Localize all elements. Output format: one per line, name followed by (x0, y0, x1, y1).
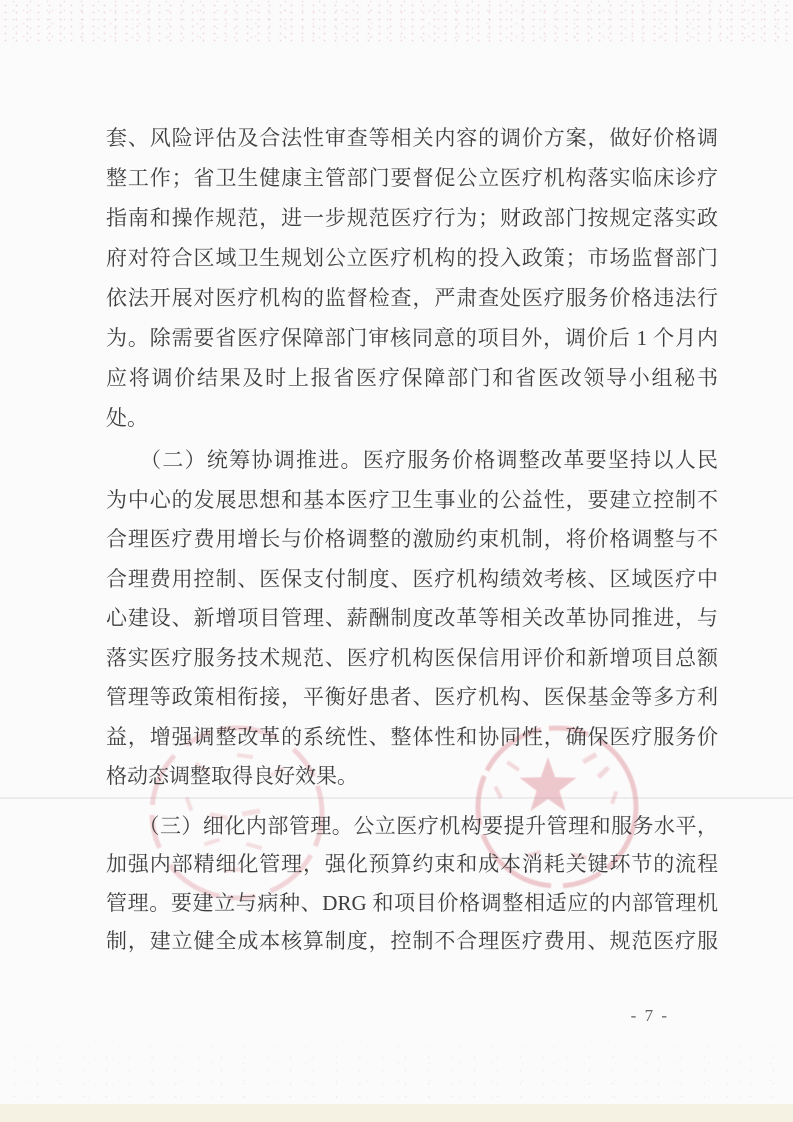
scan-noise-top (0, 0, 793, 46)
paragraph-continuation: 套、风险评估及合法性审查等相关内容的调价方案，做好价格调整工作；省卫生健康主管部… (106, 118, 718, 438)
document-body: 套、风险评估及合法性审查等相关内容的调价方案，做好价格调整工作；省卫生健康主管部… (106, 118, 718, 961)
text-line: （二）统筹协调推进。医疗服务价格调整改革要坚持以人民 (106, 441, 718, 481)
text-line: 管理。要建立与病种、DRG 和项目价格调整相适应的内部管理机 (106, 884, 718, 923)
text-line: 合理医疗费用增长与价格调整的激励约束机制，将价格调整与不 (106, 520, 718, 560)
text-line: 指南和操作规范，进一步规范医疗行为；财政部门按规定落实政 (106, 198, 718, 238)
text-line: （三）细化内部管理。公立医疗机构要提升管理和服务水平， (106, 807, 718, 846)
text-line: 为中心的发展思想和基本医疗卫生事业的公益性，要建立控制不 (106, 481, 718, 521)
text-line: 心建设、新增项目管理、薪酬制度改革等相关改革协同推进，与 (106, 599, 718, 639)
text-line: 处。 (106, 398, 718, 438)
paragraph-section-3: （三）细化内部管理。公立医疗机构要提升管理和服务水平，加强内部精细化管理，强化预… (106, 807, 718, 961)
text-line: 依法开展对医疗机构的监督检查，严肃查处医疗服务价格违法行 (106, 278, 718, 318)
text-line: 应将调价结果及时上报省医疗保障部门和省医改领导小组秘书 (106, 358, 718, 398)
text-line: 制，建立健全成本核算制度，控制不合理医疗费用、规范医疗服 (106, 922, 718, 961)
paragraph-section-2: （二）统筹协调推进。医疗服务价格调整改革要坚持以人民为中心的发展思想和基本医疗卫… (106, 441, 718, 797)
text-line: 管理等政策相衔接，平衡好患者、医疗机构、医保基金等多方利 (106, 678, 718, 718)
text-line: 益，增强调整改革的系统性、整体性和协同性，确保医疗服务价 (106, 718, 718, 758)
page-number: - 7 - (631, 1006, 669, 1026)
text-line: 套、风险评估及合法性审查等相关内容的调价方案，做好价格调 (106, 118, 718, 158)
scan-edge-strip (0, 1104, 793, 1122)
text-line: 整工作；省卫生健康主管部门要督促公立医疗机构落实临床诊疗 (106, 158, 718, 198)
text-line: 合理费用控制、医保支付制度、医疗机构绩效考核、区域医疗中 (106, 560, 718, 600)
scanned-document-page: 套、风险评估及合法性审查等相关内容的调价方案，做好价格调整工作；省卫生健康主管部… (0, 0, 793, 1122)
scan-noise-bottom (0, 1046, 793, 1104)
text-line: 格动态调整取得良好效果。 (106, 757, 718, 797)
text-line: 为。除需要省医疗保障部门审核同意的项目外，调价后 1 个月内 (106, 318, 718, 358)
text-line: 府对符合区域卫生规划公立医疗机构的投入政策；市场监督部门 (106, 238, 718, 278)
text-line: 落实医疗服务技术规范、医疗机构医保信用评价和新增项目总额 (106, 639, 718, 679)
text-line: 加强内部精细化管理，强化预算约束和成本消耗关键环节的流程 (106, 845, 718, 884)
